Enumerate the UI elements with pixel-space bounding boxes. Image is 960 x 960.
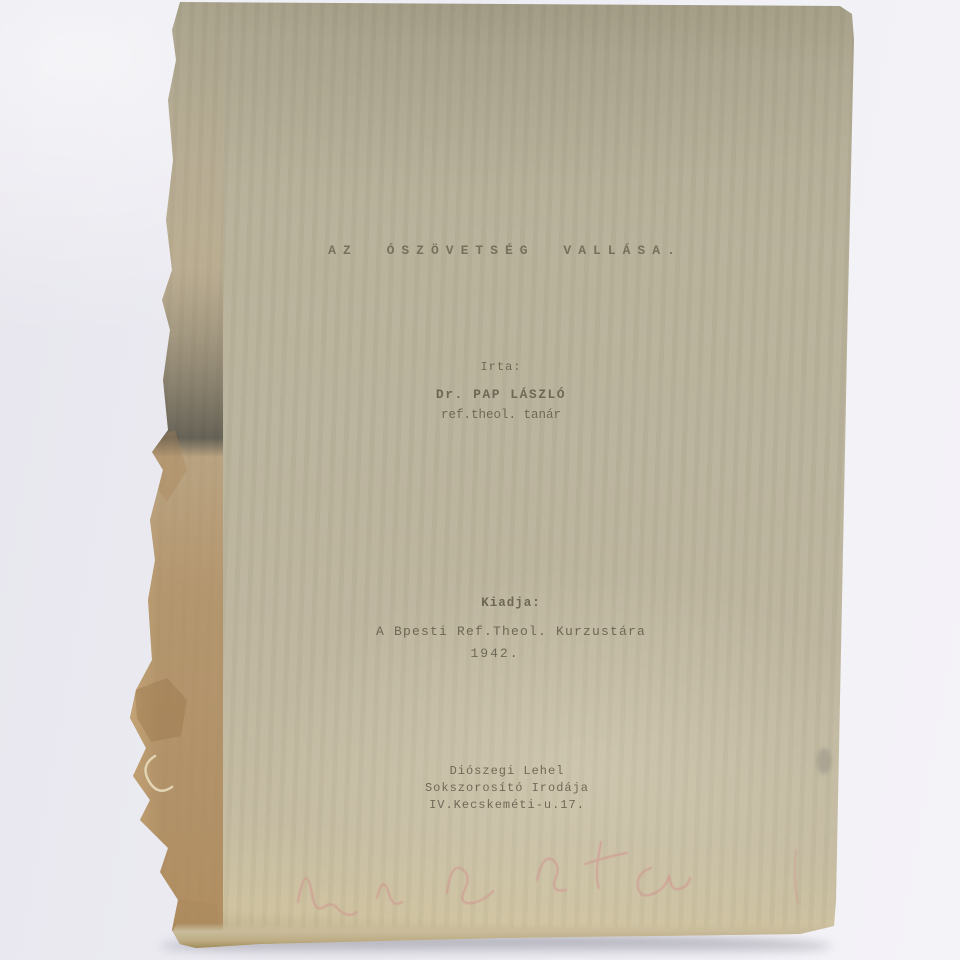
handwriting-red-pencil: [125, 0, 857, 952]
book-cover: AZ ÓSZÖVETSÉG VALLÁSA. Irta: Dr. PAP LÁS…: [125, 0, 857, 952]
pencil-smudge: [817, 748, 831, 774]
photo-background: AZ ÓSZÖVETSÉG VALLÁSA. Irta: Dr. PAP LÁS…: [0, 0, 960, 960]
